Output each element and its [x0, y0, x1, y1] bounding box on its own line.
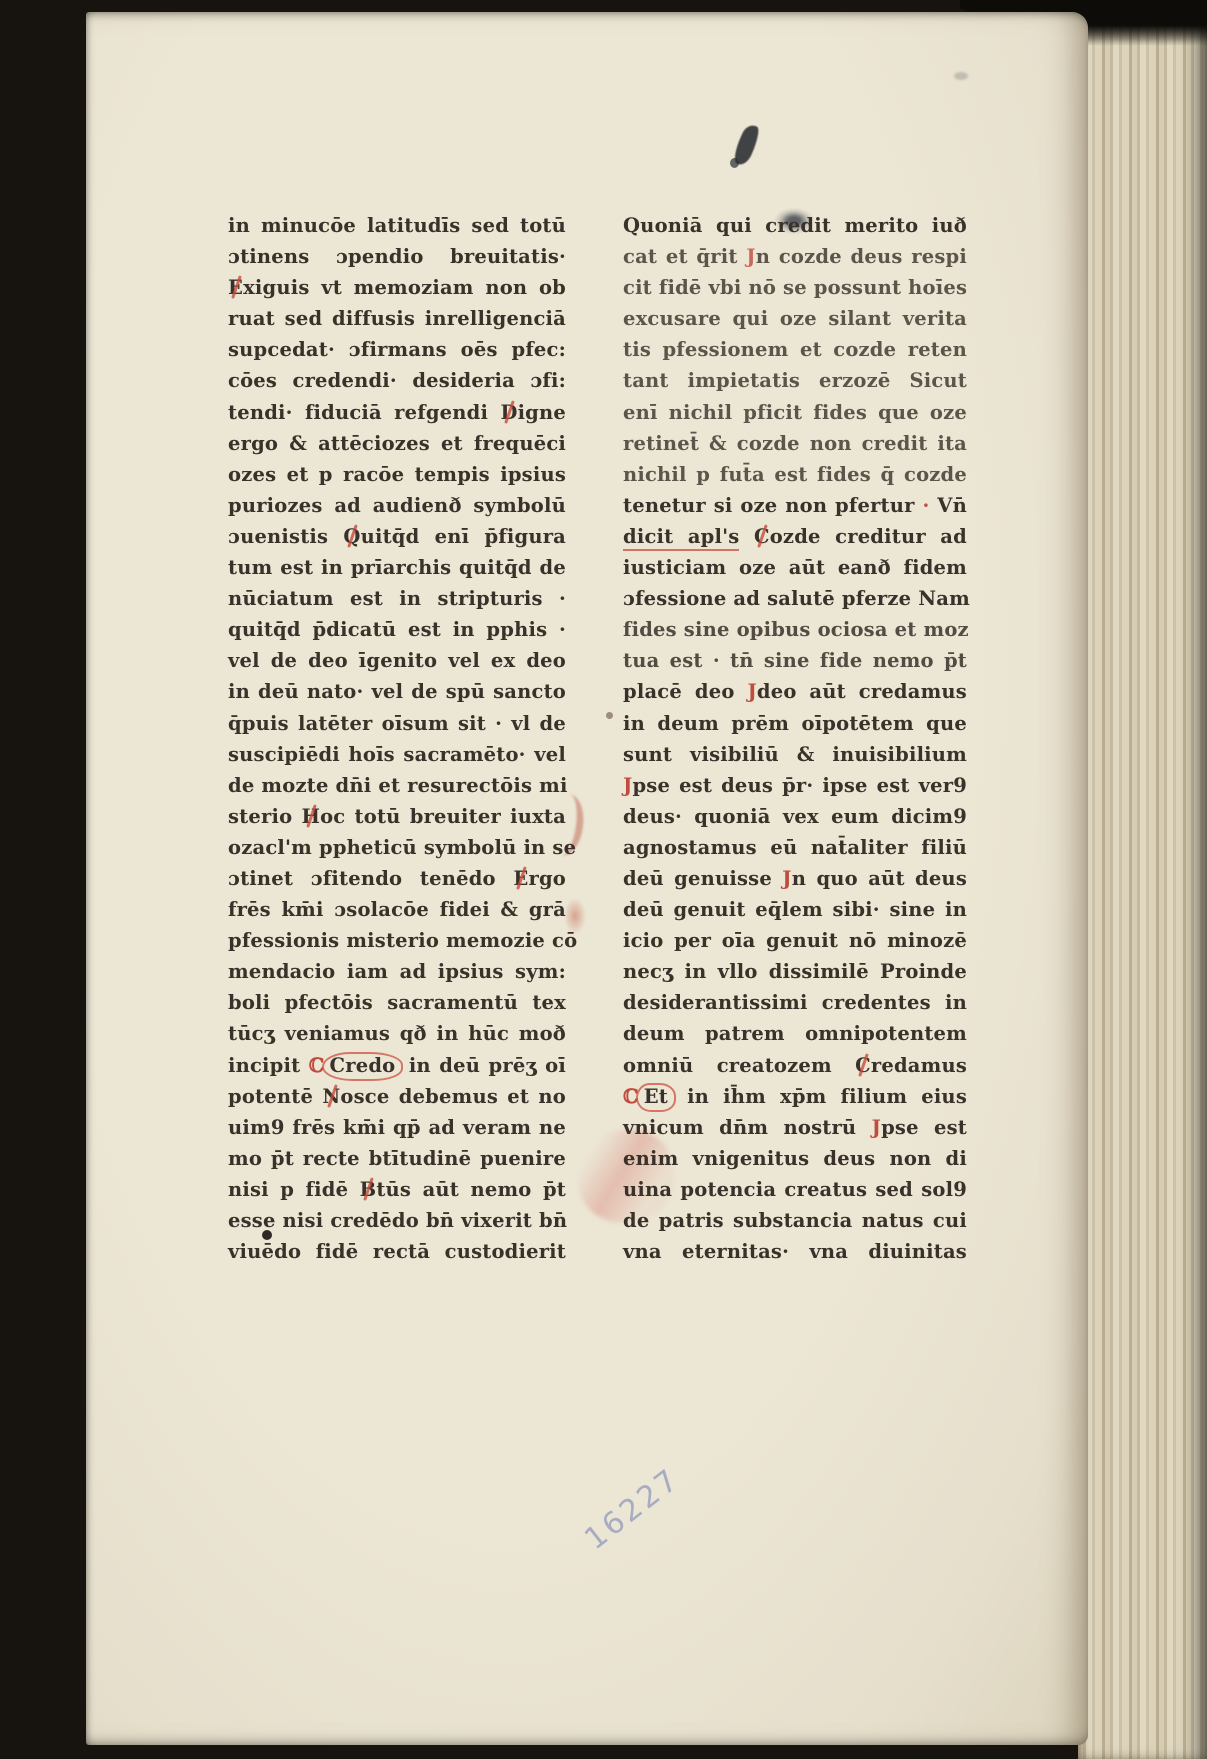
- text-line: nisi p fidē Btūs aūt nemo p̄t: [228, 1174, 566, 1205]
- text-line: deū genuisse Jn quo aūt deus: [623, 863, 967, 894]
- right-text-column: Quoniā qui credit merito iuðcat et q̄rit…: [623, 210, 967, 1267]
- text-line: tua est · tn̄ sine fide nemo p̄t: [623, 645, 967, 676]
- text-line: enim vnigenitus deus non di: [623, 1143, 967, 1174]
- text-line: frēs km̄i ɔsolacōe fidei & grā: [228, 894, 566, 925]
- ink-blot-stain: [730, 122, 763, 167]
- text-line: vna eternitas· vna diuinitas: [623, 1236, 967, 1267]
- text-line: icio per oīa genuit nō minozē: [623, 925, 967, 956]
- text-line: deum patrem omnipotentem: [623, 1018, 967, 1049]
- red-ink-text: ·: [922, 494, 929, 517]
- text-line: esse nisi credēdo bn̄ vixerit bn̄: [228, 1205, 566, 1236]
- text-line: ruat sed diffusis inrelligenciā: [228, 303, 566, 334]
- rubricated-initial: D: [500, 401, 517, 424]
- text-line: pfessionis misterio memozie cō: [228, 925, 566, 956]
- text-line: nichil p fut̄a est fides q̄ cozde: [623, 459, 967, 490]
- text-line: ɔtinet ɔfitendo tenēdo Ergo: [228, 863, 566, 894]
- text-line: puriozes ad audienð symbolū: [228, 490, 566, 521]
- text-line: potentē Nosce debemus et no: [228, 1081, 566, 1112]
- shelfmark-inscription: 16227: [578, 1449, 724, 1584]
- text-line: de mozte dn̄i et resurectōis mi: [228, 770, 566, 801]
- text-line: boli pfectōis sacramentū tex: [228, 987, 566, 1018]
- text-line: nūciatum est in stripturis ·: [228, 583, 566, 614]
- red-underlined-text: dicit apl's: [623, 525, 739, 551]
- text-line: vel de deo īgenito vel ex deo: [228, 645, 566, 676]
- text-line: in deum prēm oīpotētem que: [623, 708, 967, 739]
- text-line: uim9 frēs km̄i qp̄ ad veram ne: [228, 1112, 566, 1143]
- text-line: agnostamus eū nat̄aliter filiū: [623, 832, 967, 863]
- text-line: deus· quoniā vex eum dicim9: [623, 801, 967, 832]
- rubricated-initial: Q: [343, 525, 360, 548]
- text-line: tendi· fiduciā refgendi Digne: [228, 397, 566, 428]
- text-line: necʒ in vllo dissimilē Proinde: [623, 956, 967, 987]
- text-line: uina potencia creatus sed sol9: [623, 1174, 967, 1205]
- rubricated-initial: C: [754, 525, 770, 548]
- left-text-column: in minucōe latitudīs sed totūɔtinens ɔpe…: [228, 210, 566, 1267]
- red-circled-text: Et: [636, 1083, 676, 1112]
- text-line: ɔtinens ɔpendio breuitatis·: [228, 241, 566, 272]
- text-line: sterio Hoc totū breuiter iuxta: [228, 801, 566, 832]
- red-ink-text: J: [782, 867, 791, 890]
- text-line: excusare qui oze silant verita: [623, 303, 967, 334]
- text-line: de patris substancia natus cui: [623, 1205, 967, 1236]
- text-line: retinet̄ & cozde non credit ita: [623, 428, 967, 459]
- text-line: tis pfessionem et cozde reten: [623, 334, 967, 365]
- text-line: quitq̄d p̄dicatū est in pphis ·: [228, 614, 566, 645]
- rubricated-initial: C: [855, 1054, 871, 1077]
- text-line: enī nichil pficit fides que oze: [623, 397, 967, 428]
- text-line: ℂEt in ih̄m xp̄m filium eius: [623, 1081, 967, 1112]
- text-line: ozes et p racōe tempis ipsius: [228, 459, 566, 490]
- rubricated-initial: E: [228, 276, 243, 299]
- text-line: in deū nato· vel de spū sancto: [228, 676, 566, 707]
- rubricated-initial: B: [360, 1178, 377, 1201]
- text-line: q̄puis latēter oīsum sit · vl de: [228, 708, 566, 739]
- text-line: ozacl'm ppheticū symbolū in se: [228, 832, 566, 863]
- text-line: cōes credendi· desideria ɔfi:: [228, 365, 566, 396]
- book-page: in minucōe latitudīs sed totūɔtinens ɔpe…: [86, 12, 1088, 1745]
- ink-blot-stain: [730, 158, 739, 168]
- text-line: Jpse est deus p̄r· ipse est ver9: [623, 770, 967, 801]
- rubricated-initial: N: [322, 1085, 340, 1108]
- text-line: deū genuit eq̄lem sibi· sine in: [623, 894, 967, 925]
- text-line: in minucōe latitudīs sed totū: [228, 210, 566, 241]
- text-line: tum est in prīarchis quitq̄d de: [228, 552, 566, 583]
- scan-background: in minucōe latitudīs sed totūɔtinens ɔpe…: [0, 0, 1207, 1759]
- text-line: mendacio iam ad ipsius sym:: [228, 956, 566, 987]
- text-line: tant impietatis erzozē Sicut: [623, 365, 967, 396]
- paper-speck: [606, 712, 613, 719]
- text-line: ɔuenistis Quitq̄d enī p̄figura: [228, 521, 566, 552]
- text-line: vnicum dn̄m nostrū Jpse est: [623, 1112, 967, 1143]
- red-ink-text: J: [872, 1116, 881, 1139]
- text-line: Quoniā qui credit merito iuð: [623, 210, 967, 241]
- text-line: fides sine opibus ociosa et moz: [623, 614, 967, 645]
- text-line: mo p̄t recte btītudinē puenire: [228, 1143, 566, 1174]
- text-line: cit fidē vbi nō se possunt hoīes: [623, 272, 967, 303]
- text-line: viuēdo fidē rectā custodierit: [228, 1236, 566, 1267]
- text-line: cat et q̄rit Jn cozde deus respi: [623, 241, 967, 272]
- text-line: desiderantissimi credentes in: [623, 987, 967, 1018]
- paper-speck: [954, 72, 968, 80]
- rubricated-initial: E: [513, 867, 528, 890]
- text-line: incipit ℂCredo in deū prēʒ oī: [228, 1050, 566, 1081]
- text-line: tūcʒ veniamus qð in hūc moð: [228, 1018, 566, 1049]
- red-ink-text: J: [746, 245, 755, 268]
- text-line: ergo & attēciozes et frequēci: [228, 428, 566, 459]
- text-line: sunt visibiliū & inuisibilium: [623, 739, 967, 770]
- text-line: omniū creatozem Credamus: [623, 1050, 967, 1081]
- text-line: dicit apl's Cozde creditur ad: [623, 521, 967, 552]
- red-ink-text: J: [623, 774, 632, 797]
- text-line: supcedat· ɔfirmans oēs pfec:: [228, 334, 566, 365]
- text-line: tenetur si oze non pfertur · Vn̄: [623, 490, 967, 521]
- text-line: ɔfessione ad salutē pferze Nam: [623, 583, 967, 614]
- text-line: iusticiam oze aūt eanð fidem: [623, 552, 967, 583]
- rubricated-initial: H: [301, 805, 320, 828]
- red-ink-text: J: [747, 680, 756, 703]
- text-line: suscipiēdi hoīs sacramēto· vel: [228, 739, 566, 770]
- red-circled-text: Credo: [322, 1052, 404, 1081]
- book-fore-edge-pages: [1078, 0, 1207, 1759]
- text-line: Exiguis vt memoziam non ob: [228, 272, 566, 303]
- text-line: placē deo Jdeo aūt credamus: [623, 676, 967, 707]
